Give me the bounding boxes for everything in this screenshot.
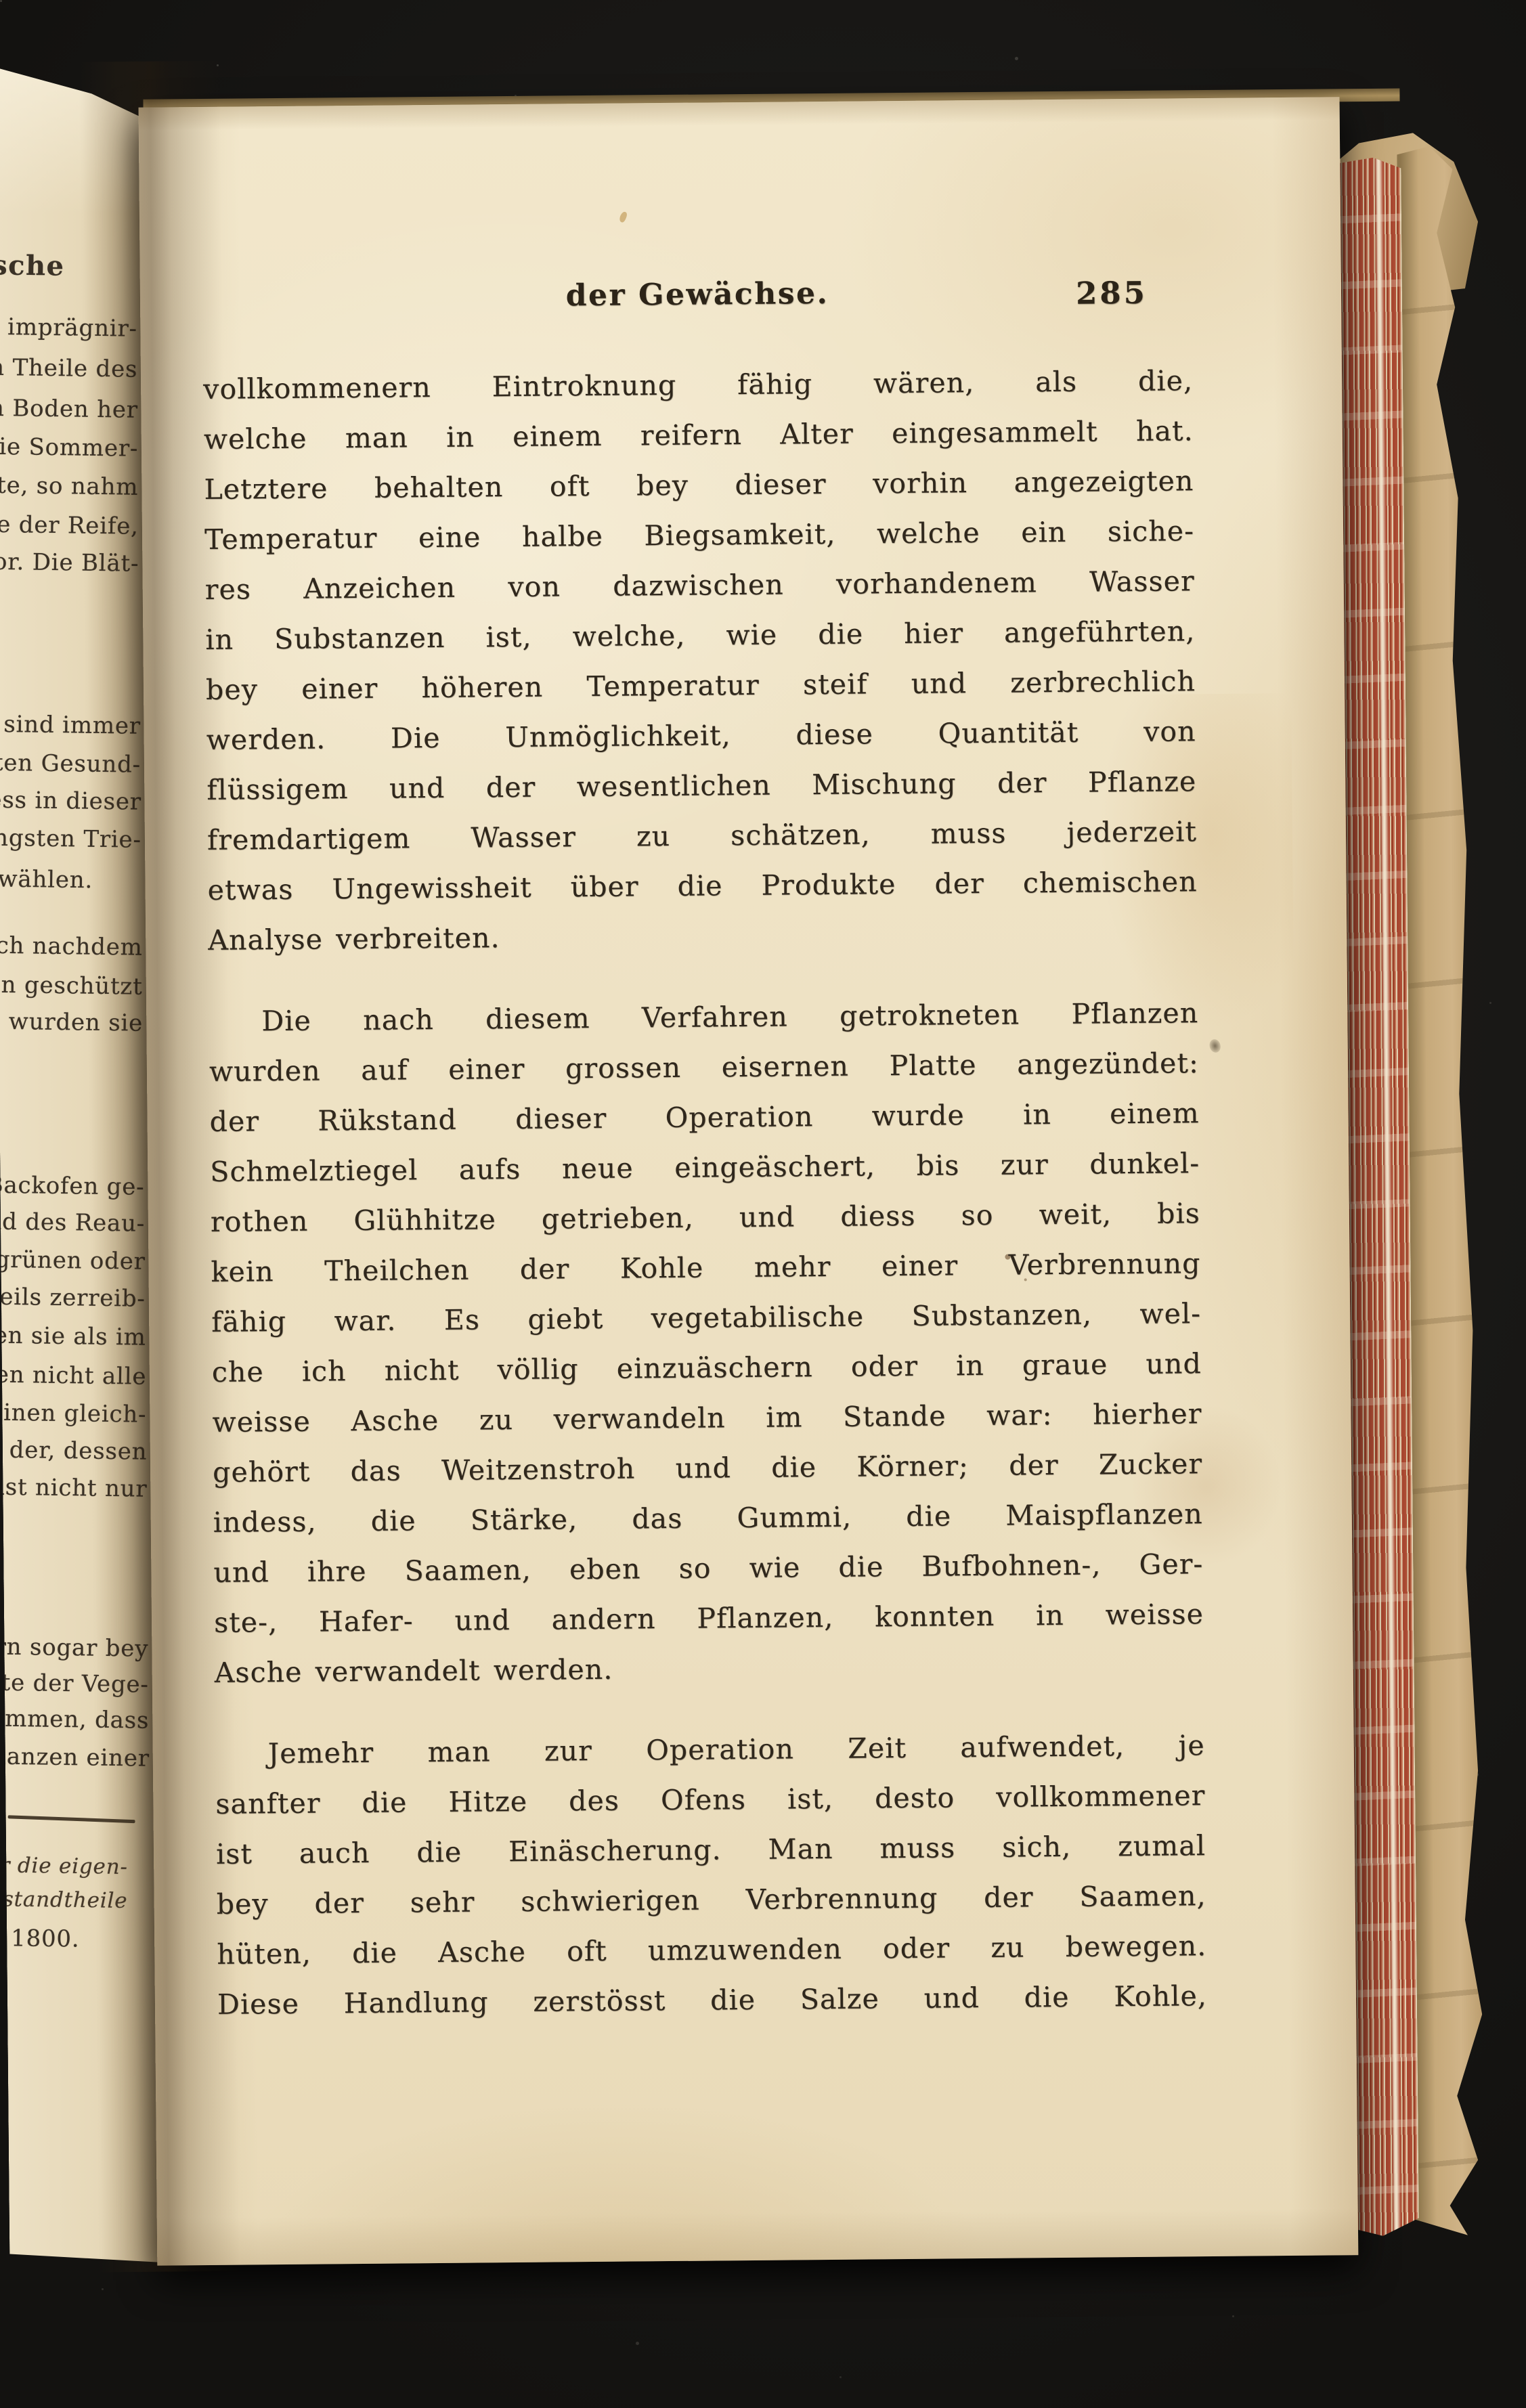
page-number: 285 <box>1076 275 1148 311</box>
facing-page-text-fragment: Asche <box>0 252 65 280</box>
text-line: Letztere behalten oft bey dieser vorhin … <box>204 456 1194 515</box>
page-header: der Gewächse. 285 <box>202 273 1192 322</box>
text-line: in Substanzen ist, welche, wie die hier … <box>205 606 1196 665</box>
text-line: vollkommenern Eintroknung fähig wären, a… <box>203 355 1194 414</box>
text-line: werden. Die Unmöglichkeit, diese Quantit… <box>206 706 1196 765</box>
text-line: Temperatur eine halbe Biegsamkeit, welch… <box>204 506 1195 565</box>
text-line: res Anzeichen von dazwischen vorhandenem… <box>204 556 1195 615</box>
text-line: flüssigem und der wesentlichen Mischung … <box>206 756 1197 815</box>
facing-page-text-fragment: ndern sogar bey <box>0 1635 149 1661</box>
facing-page-text-fragment: teren Theile des <box>0 355 137 381</box>
facing-page-text-fragment: der jüngsten Trie- <box>0 825 141 852</box>
text-line: che ich nicht völlig einzuäschern oder i… <box>212 1338 1202 1397</box>
text-line: bey einer höheren Temperatur steif und z… <box>206 656 1196 715</box>
facing-page-text-fragment: wählen. <box>0 867 93 892</box>
text-line: etwas Ungewissheit über die Produkte der… <box>207 856 1198 915</box>
text-line: indess, die Stärke, das Gummi, die Maisp… <box>213 1489 1203 1548</box>
facing-page-text-fragment: tpunkte der Reife, <box>0 512 139 538</box>
facing-page-text-fragment: indess in dieser <box>0 788 141 814</box>
text-line: weisse Asche zu verwandeln im Stande war… <box>212 1388 1202 1447</box>
text-line: Jemehr man zur Operation Zeit aufwendet,… <box>215 1720 1205 1779</box>
facing-page-text-fragment: unkte der Vege- <box>0 1671 149 1696</box>
facing-page-text-fragment: mensten Gesund- <box>0 750 141 776</box>
text-line: ist auch die Einäscherung. Man muss sich… <box>216 1820 1206 1879</box>
facing-page-text-fragment: Regen geschützt <box>0 973 143 999</box>
facing-page-text-fragment: n Pflanzen einer <box>0 1745 150 1770</box>
facing-page-text-fragment: urden sie als im <box>0 1323 146 1349</box>
paper-fleck <box>618 211 628 223</box>
facing-page-sliver: Asche Erde imprägnir- teren Theile des v… <box>0 65 158 2268</box>
text-line: Asche verwandelt werden. <box>214 1639 1204 1698</box>
text-line: kein Theilchen der Kohle mehr einer Verb… <box>211 1238 1201 1297</box>
body-text: vollkommenern Eintroknung fähig wären, a… <box>203 355 1207 2030</box>
text-line: Analyse verbreiten. <box>208 906 1198 965</box>
text-line: Schmelztiegel aufs neue eingeäschert, bi… <box>210 1138 1200 1197</box>
facing-page-text-fragment: g Grad des Reau- <box>0 1209 145 1235</box>
text-line: und ihre Saamen, eben so wie die Bufbohn… <box>213 1539 1204 1598</box>
facing-page-text-fragment: e vor. Die Blät- <box>0 550 139 575</box>
facing-page-text-fragment: enen, wurden sie <box>0 1009 144 1034</box>
facing-page-text-fragment: vom Boden her <box>0 396 138 422</box>
text-line: Die nach diesem Verfahren getrokneten Pf… <box>209 988 1199 1047</box>
text-line: der Rükstand dieser Operation wurde in e… <box>209 1088 1200 1147</box>
facing-page-text-fragment: hre grünen oder <box>0 1248 146 1273</box>
text-line: sanfter die Hitze des Ofens ist, desto v… <box>215 1770 1206 1829</box>
facing-page-text-fragment: t, ist nicht nur <box>0 1475 148 1501</box>
text-line: welche man in einem reifern Alter einges… <box>204 406 1194 464</box>
facing-page-text-fragment: auf einen gleich- <box>0 1401 147 1426</box>
facing-page-text-fragment: en Backofen ge- <box>0 1173 145 1199</box>
running-title: der Gewächse. <box>202 273 1192 316</box>
facing-page-text-fragment: s waren nicht alle <box>0 1362 146 1388</box>
text-line: Diese Handlung zerstösst die Salze und d… <box>217 1971 1208 2030</box>
facing-page-text-fragment: digen Bestandtheile <box>0 1887 128 1912</box>
facing-page-text-fragment: ten über die eigen- <box>0 1854 127 1878</box>
facing-page-text-fragment: ich die Sommer- <box>0 435 138 460</box>
footnote-separator <box>8 1815 135 1823</box>
facing-page-text-fragment: cht: der, dessen <box>0 1438 147 1464</box>
text-line: rothen Glühhitze getrieben, und diess so… <box>211 1188 1201 1247</box>
facing-page-text-fragment: enommen, dass <box>0 1707 150 1732</box>
facing-page-text-fragment: mmelte, so nahm <box>0 473 139 498</box>
text-line: hüten, die Asche oft umzuwenden oder zu … <box>217 1921 1207 1979</box>
text-line: fähig war. Es giebt vegetabilische Subst… <box>211 1288 1202 1347</box>
text-line: bey der sehr schwierigen Verbrennung der… <box>216 1870 1206 1929</box>
book-page: der Gewächse. 285 vollkommenern Eintrokn… <box>139 97 1359 2265</box>
text-line: gehört das Weitzenstroh und die Körner; … <box>213 1439 1203 1497</box>
facing-page-text-fragment: ste, sind immer <box>0 712 141 738</box>
text-line: fremdartigem Wasser zu schätzen, muss je… <box>207 806 1198 865</box>
text-line: wurden auf einer grossen eisernen Platte… <box>209 1038 1200 1097</box>
facing-page-text-fragment: Erde imprägnir- <box>0 315 137 341</box>
facing-page-text-fragment: sogleich nachdem <box>0 933 143 959</box>
facing-page-text-fragment: 1800. <box>11 1927 80 1950</box>
book: Asche Erde imprägnir- teren Theile des v… <box>0 0 1526 2408</box>
facing-page-text-fragment: stentheils zerreib- <box>0 1284 146 1311</box>
text-line: ste-, Hafer- und andern Pflanzen, konnte… <box>214 1589 1204 1648</box>
